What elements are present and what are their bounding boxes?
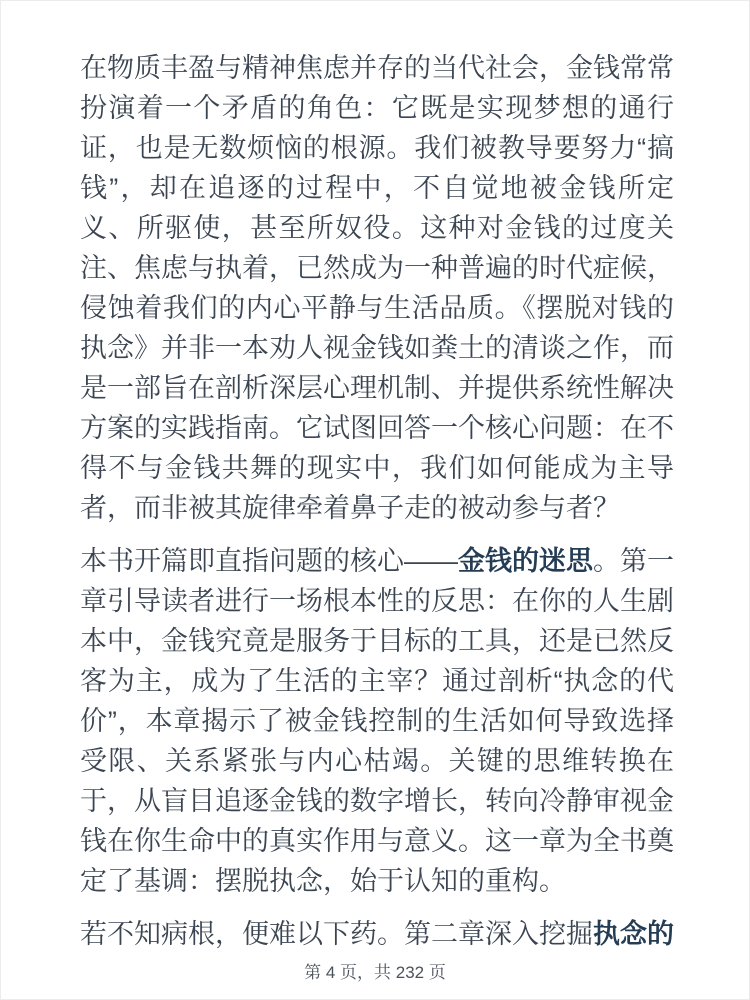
paragraph-2-text-rest: 。第一章引导读者进行一场根本性的反思：在你的人生剧本中，金钱究竟是服务于目标的工…	[80, 546, 674, 896]
paragraph-3: 若不知病根，便难以下药。第二章深入挖掘执念的	[80, 914, 674, 954]
paragraph-3-text-lead: 若不知病根，便难以下药。第二章深入挖掘	[80, 919, 593, 949]
document-page: 在物质丰盈与精神焦虑并存的当代社会，金钱常常扮演着一个矛盾的角色：它既是实现梦想…	[0, 0, 750, 1000]
paragraph-2: 本书开篇即直指问题的核心——金钱的迷思。第一章引导读者进行一场根本性的反思：在你…	[80, 541, 674, 901]
document-text: 在物质丰盈与精神焦虑并存的当代社会，金钱常常扮演着一个矛盾的角色：它既是实现梦想…	[0, 0, 750, 954]
paragraph-1-text: 在物质丰盈与精神焦虑并存的当代社会，金钱常常扮演着一个矛盾的角色：它既是实现梦想…	[80, 53, 674, 523]
bold-keyword-money-myth: 金钱的迷思	[458, 546, 593, 576]
page-number-indicator: 第 4 页，共 232 页	[0, 962, 750, 984]
bold-keyword-obsession: 执念的	[593, 919, 674, 949]
paragraph-2-text-lead: 本书开篇即直指问题的核心——	[80, 546, 458, 576]
paragraph-1: 在物质丰盈与精神焦虑并存的当代社会，金钱常常扮演着一个矛盾的角色：它既是实现梦想…	[80, 48, 674, 528]
